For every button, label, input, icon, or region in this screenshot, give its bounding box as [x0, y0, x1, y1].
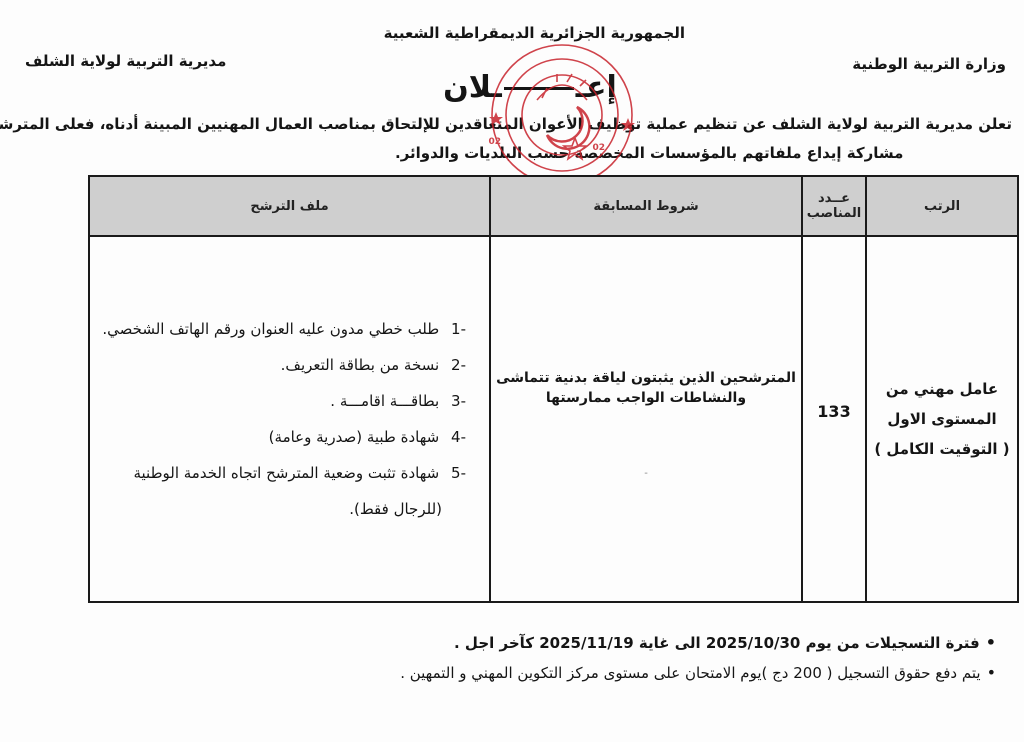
- table-header-row: الرتب عــدد المناصب شروط المسابقة ملف ال…: [89, 176, 1018, 236]
- header-file: ملف الترشح: [89, 176, 490, 236]
- cell-count: 133: [802, 236, 866, 602]
- header-count: عــدد المناصب: [802, 176, 866, 236]
- title-end: ـلان: [443, 70, 502, 105]
- positions-count: 133: [817, 402, 850, 421]
- header-rank: الرتب: [866, 176, 1018, 236]
- note-registration-fee: •يتم دفع حقوق التسجيل ( 200 دج )يوم الام…: [400, 658, 996, 688]
- rank-line-1: عامل مهني من: [868, 374, 1016, 404]
- note-registration-period: •فترة التسجيلات من يوم 2025/10/30 الى غا…: [400, 628, 996, 658]
- file-item-2: -2 نسخة من بطاقة التعريف.: [101, 347, 466, 383]
- file-item-3: -3 بطاقـــة اقامـــة .: [101, 383, 466, 419]
- file-item-5: -5 شهادة تثبت وضعية المترشح اتجاه الخدمة…: [101, 455, 466, 491]
- cell-rank: عامل مهني من المستوى الاول ( التوقيت الك…: [866, 236, 1018, 602]
- country-name: الجمهورية الجزائرية الديمقراطية الشعبية: [395, 24, 685, 42]
- file-item-5-continued: (للرجال فقط).: [101, 491, 466, 527]
- file-requirements-list: -1 طلب خطي مدون عليه العنوان ورقم الهاتف…: [91, 311, 488, 527]
- rank-line-2: المستوى الاول: [868, 404, 1016, 434]
- cell-file: -1 طلب خطي مدون عليه العنوان ورقم الهاتف…: [89, 236, 490, 602]
- file-item-1: -1 طلب خطي مدون عليه العنوان ورقم الهاتف…: [101, 311, 466, 347]
- intro-line-1: تعلن مديرية التربية لولاية الشلف عن تنظي…: [0, 115, 1012, 133]
- header-count-line1: عــدد: [804, 191, 864, 206]
- positions-table: الرتب عــدد المناصب شروط المسابقة ملف ال…: [88, 175, 1019, 603]
- intro-line-2: مشاركة إيداع ملفاتهم بالمؤسسات المخصصة ح…: [395, 144, 903, 162]
- conditions-line-1: المترشحين الذين يثبتون لياقة بدنية تتماش…: [492, 368, 800, 388]
- directorate-name: مديرية التربية لولاية الشلف: [25, 52, 226, 70]
- scan-artifact: -: [492, 468, 800, 479]
- ministry-name: وزارة التربية الوطنية: [852, 55, 1006, 73]
- bullet-icon: •: [986, 628, 996, 658]
- rank-line-3: ( التوقيت الكامل ): [868, 434, 1016, 464]
- header-count-line2: المناصب: [804, 206, 864, 221]
- header-conditions: شروط المسابقة: [490, 176, 802, 236]
- title-start: إعـ: [576, 70, 617, 105]
- announcement-title: إعــلان: [430, 70, 630, 105]
- conditions-line-2: والنشاطات الواجب ممارستها: [492, 388, 800, 408]
- table-row: عامل مهني من المستوى الاول ( التوقيت الك…: [89, 236, 1018, 602]
- notes-list: •فترة التسجيلات من يوم 2025/10/30 الى غا…: [400, 628, 996, 688]
- title-kashida: [504, 87, 574, 90]
- cell-conditions: المترشحين الذين يثبتون لياقة بدنية تتماش…: [490, 236, 802, 602]
- bullet-icon: •: [987, 658, 996, 688]
- file-item-4: -4 شهادة طبية (صدرية وعامة): [101, 419, 466, 455]
